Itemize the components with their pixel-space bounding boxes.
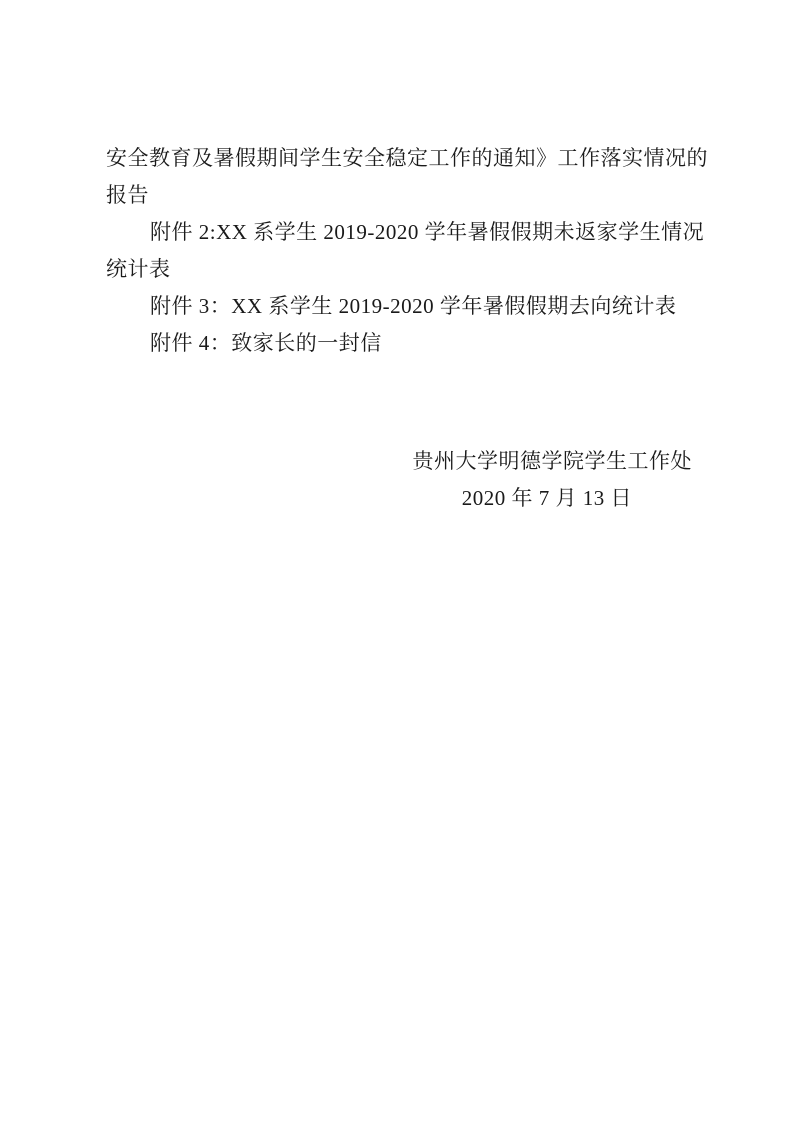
document-line: 安全教育及暑假期间学生安全稳定工作的通知》工作落实情况的 — [106, 140, 692, 177]
document-line-attachment-3: 附件 3：XX 系学生 2019-2020 学年暑假假期去向统计表 — [106, 288, 692, 325]
document-page: 安全教育及暑假期间学生安全稳定工作的通知》工作落实情况的 报告 附件 2:XX … — [0, 0, 793, 1122]
document-line: 统计表 — [106, 251, 692, 288]
vertical-spacer — [106, 362, 692, 443]
date-line: 2020 年 7 月 13 日 — [106, 480, 692, 517]
document-line-attachment-2: 附件 2:XX 系学生 2019-2020 学年暑假假期未返家学生情况 — [106, 214, 692, 251]
document-line-attachment-4: 附件 4：致家长的一封信 — [106, 325, 692, 362]
signature-line: 贵州大学明德学院学生工作处 — [106, 443, 692, 480]
document-line: 报告 — [106, 177, 692, 214]
document-content: 安全教育及暑假期间学生安全稳定工作的通知》工作落实情况的 报告 附件 2:XX … — [106, 140, 692, 517]
